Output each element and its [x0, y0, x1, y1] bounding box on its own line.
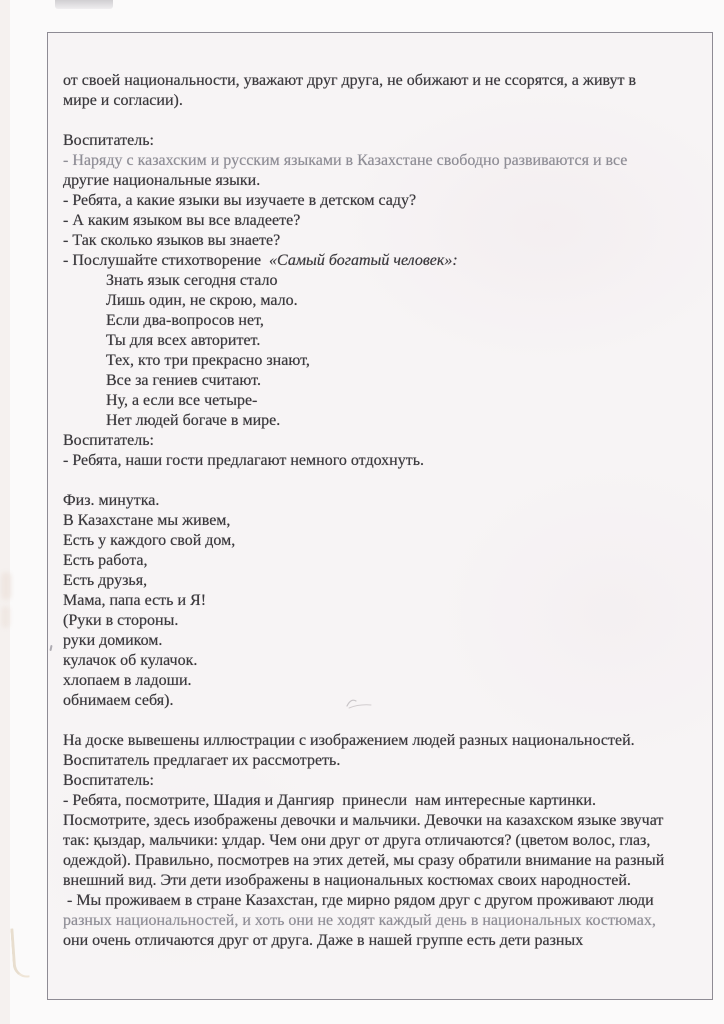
text-line: - Послушайте стихотворение «Самый богаты…: [63, 251, 706, 271]
text-line: Ну, а если все четыре-: [63, 391, 706, 411]
text-line: Тех, кто три прекрасно знают,: [63, 351, 706, 371]
text-line: Воспитатель предлагает их рассмотреть.: [63, 751, 706, 771]
text-line: Есть друзья,: [63, 571, 706, 591]
text-line: Если два-вопросов нет,: [63, 311, 706, 331]
scan-artifact-top-edge: [55, 0, 113, 9]
text-line: кулачок об кулачок.: [63, 651, 706, 671]
text-line: - Мы проживаем в стране Казахстан, где м…: [63, 891, 706, 911]
text-line: так: қыздар, мальчики: ұлдар. Чем они др…: [63, 831, 706, 851]
pencil-smudge: [344, 695, 378, 711]
text-line: другие национальные языки.: [63, 171, 706, 191]
text-line: разных национальностей, и хоть они не хо…: [63, 911, 706, 931]
text-line: хлопаем в ладоши.: [63, 671, 706, 691]
text-line: Ты для всех авторитет.: [63, 331, 706, 351]
text-segment: - Послушайте стихотворение: [63, 252, 269, 269]
stray-mark: [49, 645, 52, 651]
text-line: Посмотрите, здесь изображены девочки и м…: [63, 811, 706, 831]
text-line: На доске вывешены иллюстрации с изображе…: [63, 731, 706, 751]
text-line: Нет людей богаче в мире.: [63, 411, 706, 431]
text-line: Воспитатель:: [63, 131, 706, 151]
text-line: Есть у каждого свой дом,: [63, 531, 706, 551]
text-line: [63, 711, 706, 731]
text-line: Воспитатель:: [63, 431, 706, 451]
text-line: руки домиком.: [63, 631, 706, 651]
document-text: от своей национальности, уважают друг др…: [63, 71, 706, 951]
text-line: - Ребята, посмотрите, Шадия и Дангияр пр…: [63, 791, 706, 811]
text-line: Лишь один, не скрою, мало.: [63, 291, 706, 311]
scan-background: от своей национальности, уважают друг др…: [0, 0, 724, 1024]
text-line: Знать язык сегодня стало: [63, 271, 706, 291]
text-line: В Казахстане мы живем,: [63, 511, 706, 531]
scanned-page: от своей национальности, уважают друг др…: [47, 32, 713, 1000]
text-line: Есть работа,: [63, 551, 706, 571]
text-line: Физ. минутка.: [63, 491, 706, 511]
text-line: [63, 471, 706, 491]
scan-artifact-blob: [1, 572, 11, 600]
text-line: Все за гениев считают.: [63, 371, 706, 391]
text-line: Мама, папа есть и Я!: [63, 591, 706, 611]
text-line: - А каким языком вы все владеете?: [63, 211, 706, 231]
scan-artifact-blob: [1, 606, 10, 628]
text-line: - Ребята, наши гости предлагают немного …: [63, 451, 706, 471]
text-line: - Наряду с казахским и русским языками в…: [63, 151, 706, 171]
text-line: - Так сколько языков вы знаете?: [63, 231, 706, 251]
text-line: (Руки в стороны.: [63, 611, 706, 631]
text-line: одеждой). Правильно, посмотрев на этих д…: [63, 851, 706, 871]
text-line: они очень отличаются друг от друга. Даже…: [63, 931, 706, 951]
text-line: мире и согласии).: [63, 91, 706, 111]
paper-curl-artifact: [10, 928, 29, 979]
scanner-edge-band: [0, 0, 10, 1024]
text-line: - Ребята, а какие языки вы изучаете в де…: [63, 191, 706, 211]
text-line: обнимаем себя).: [63, 691, 706, 711]
text-line: внешний вид. Эти дети изображены в нацио…: [63, 871, 706, 891]
text-line: от своей национальности, уважают друг др…: [63, 71, 706, 91]
text-line: Воспитатель:: [63, 771, 706, 791]
text-segment: «Самый богатый человек»:: [269, 252, 458, 269]
text-line: [63, 111, 706, 131]
